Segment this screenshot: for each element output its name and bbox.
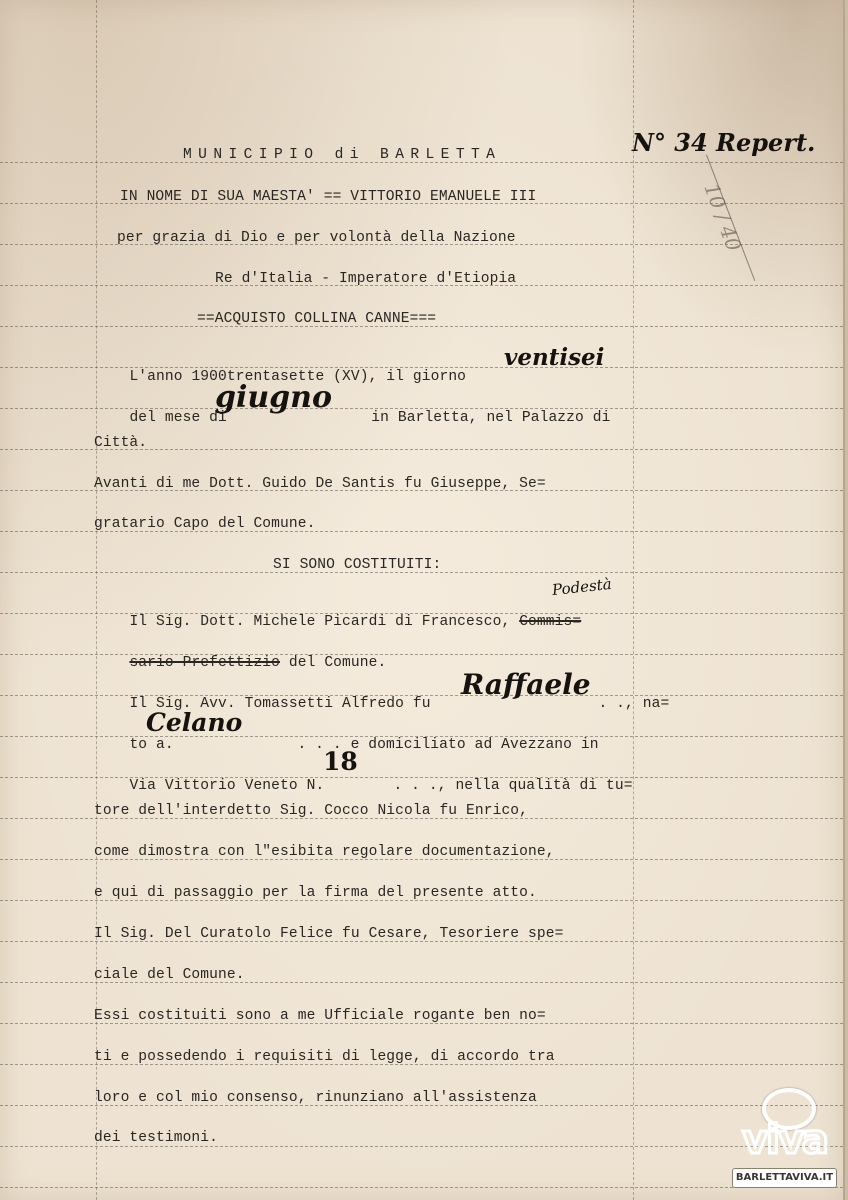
handwritten-birthplace: Celano [146,708,242,737]
typed-text: Via Vittorio Veneto N. [129,778,333,794]
handwritten-month: giugno [215,380,332,415]
body-line: dei testimoni. [94,1130,218,1146]
typed-text: to a. [129,737,182,753]
body-line: Città. [94,435,147,451]
body-line: in Barletta, nel Palazzo di [327,394,610,442]
header-titles: Re d'Italia - Imperatore d'Etiopia [215,271,516,287]
document-title: ==ACQUISTO COLLINA CANNE=== [197,311,436,327]
document-page: N° 34 Repert. 10 / 40 MUNICIPIO di BARLE… [0,0,845,1200]
handwritten-correction: Podestà [551,575,612,599]
body-line: come dimostra con l"esibita regolare doc… [94,844,555,860]
body-line: gratario Capo del Comune. [94,516,315,532]
header-municipality: MUNICIPIO di BARLETTA [183,147,501,163]
body-line: Il Sig. Del Curatolo Felice fu Cesare, T… [94,926,563,942]
watermark-word: viva [732,1118,837,1162]
typed-text: . ., na= [598,696,669,712]
header-king-name: IN NOME DI SUA MAESTA' == VITTORIO EMANU… [120,189,536,205]
struck-text: Commis= [519,614,581,630]
typed-text: in Barletta, nel Palazzo di [362,410,610,426]
header-grace: per grazia di Dio e per volontà della Na… [117,230,516,246]
struck-text: sario Prefettizio [129,655,280,671]
handwritten-house-number: 18 [323,747,358,776]
typed-text: . . ., nella qualità di tu= [393,778,632,794]
right-margin-line [633,0,634,1200]
ruled-line [0,1187,843,1188]
body-line: tore dell'interdetto Sig. Cocco Nicola f… [94,803,528,819]
body-line: loro e col mio consenso, rinunziano all'… [94,1090,537,1106]
typed-text: Il Sig. Dott. Michele Picardi di Frances… [129,614,519,630]
barlettaviva-watermark: viva BARLETTAVIVA.IT [732,1088,837,1192]
ruled-line [0,1146,843,1147]
body-line: ciale del Comune. [94,967,245,983]
section-heading: SI SONO COSTITUITI: [273,557,441,573]
watermark-badge: BARLETTAVIVA.IT [732,1168,837,1188]
typed-text: del Comune. [280,655,386,671]
body-line: Avanti di me Dott. Guido De Santis fu Gi… [94,476,546,492]
handwritten-day: ventisei [504,344,604,371]
repertory-number: N° 34 Repert. [632,128,815,157]
body-line: e qui di passaggio per la firma del pres… [94,885,537,901]
body-line: ti e possedendo i requisiti di legge, di… [94,1049,555,1065]
body-line: Essi costituiti sono a me Ufficiale roga… [94,1008,546,1024]
